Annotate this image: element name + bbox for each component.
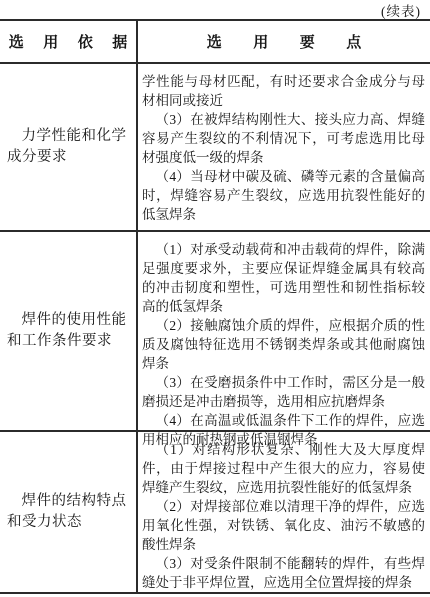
continued-table-label: (续表) <box>381 0 421 20</box>
point-paragraph: （1）对结构形状复杂、刚性大及大厚度焊件，由于焊接过程中产生很大的应力，容易使焊… <box>142 440 425 497</box>
selection-table: 选用依据 选用要点 力学性能和化学成分要求学性能与母材匹配，有时还要求合金成分与… <box>0 19 430 594</box>
point-paragraph: （4）当母材中碳及硫、磷等元素的含量偏高时，焊缝容易产生裂纹，应选用抗裂性能好的… <box>142 167 425 224</box>
point-paragraph: （3）在受磨损条件中工作时，需区分是一般磨损还是冲击磨损等，选用相应抗磨焊条 <box>142 373 425 411</box>
header-selection-points: 选用要点 <box>138 21 430 62</box>
basis-label: 焊件的使用性能和工作条件要求 <box>7 310 130 352</box>
table-row: 力学性能和化学成分要求学性能与母材匹配，有时还要求合金成分与母材相同或接近（3）… <box>0 64 430 232</box>
points-cell: （1）对承受动载荷和冲击载荷的焊件，除满足强度要求外，主要应保证焊缝金属具有较高… <box>138 232 430 430</box>
basis-cell: 力学性能和化学成分要求 <box>0 64 138 230</box>
point-paragraph: （2）对焊接部位难以清理干净的焊件，应选用氧化性强，对铁锈、氧化皮、油污不敏感的… <box>142 497 425 554</box>
table-row: 焊件的使用性能和工作条件要求（1）对承受动载荷和冲击载荷的焊件，除满足强度要求外… <box>0 232 430 432</box>
point-paragraph: （3）在被焊结构刚性大、接头应力高、焊缝容易产生裂纹的不利情况下，可考虑选用比母… <box>142 110 425 167</box>
point-paragraph: （1）对承受动载荷和冲击载荷的焊件，除满足强度要求外，主要应保证焊缝金属具有较高… <box>142 240 425 316</box>
point-paragraph: （2）接触腐蚀介质的焊件，应根据介质的性质及腐蚀特征选用不锈钢类焊条或其他耐腐蚀… <box>142 316 425 373</box>
basis-label: 力学性能和化学成分要求 <box>7 126 130 168</box>
points-cell: 学性能与母材匹配，有时还要求合金成分与母材相同或接近（3）在被焊结构刚性大、接头… <box>138 64 430 230</box>
table-header-row: 选用依据 选用要点 <box>0 21 430 64</box>
point-paragraph: 学性能与母材匹配，有时还要求合金成分与母材相同或接近 <box>142 72 425 110</box>
points-cell: （1）对结构形状复杂、刚性大及大厚度焊件，由于焊接过程中产生很大的应力，容易使焊… <box>138 432 430 592</box>
basis-cell: 焊件的结构特点和受力状态 <box>0 432 138 592</box>
point-paragraph: （3）对受条件限制不能翻转的焊件，有些焊缝处于非平焊位置，应选用全位置焊接的焊条 <box>142 554 425 592</box>
basis-cell: 焊件的使用性能和工作条件要求 <box>0 232 138 430</box>
header-selection-basis: 选用依据 <box>0 21 138 62</box>
table-body: 力学性能和化学成分要求学性能与母材匹配，有时还要求合金成分与母材相同或接近（3）… <box>0 64 430 592</box>
basis-label: 焊件的结构特点和受力状态 <box>7 491 130 533</box>
scanned-page: (续表) 选用依据 选用要点 力学性能和化学成分要求学性能与母材匹配，有时还要求… <box>0 0 430 597</box>
table-row: 焊件的结构特点和受力状态（1）对结构形状复杂、刚性大及大厚度焊件，由于焊接过程中… <box>0 432 430 592</box>
